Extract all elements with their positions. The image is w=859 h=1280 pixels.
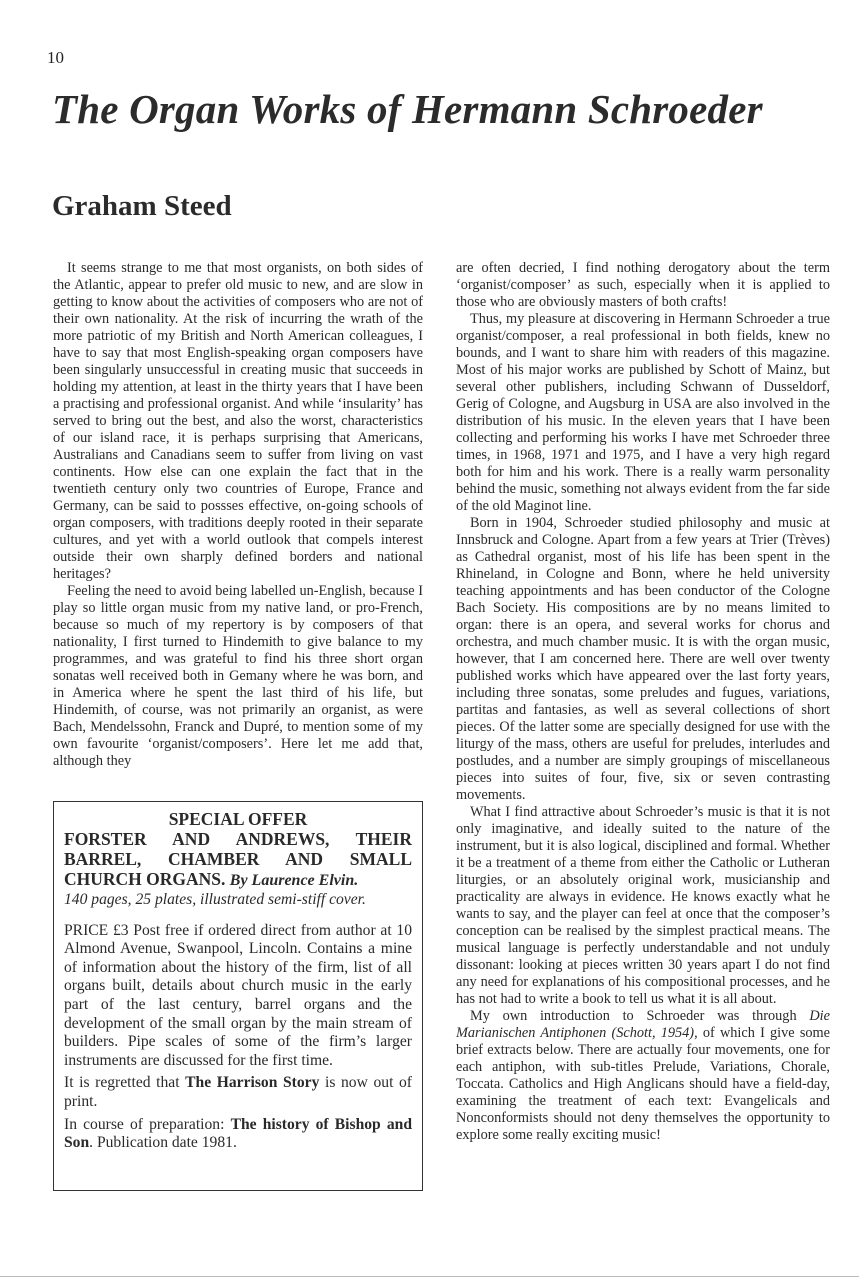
page-bottom-edge [0, 1276, 859, 1277]
note-prefix: It is regretted that [64, 1074, 185, 1091]
paragraph: It seems strange to me that most organis… [53, 260, 423, 583]
offer-heading: SPECIAL OFFER [64, 810, 412, 829]
right-column: are often decried, I find nothing deroga… [456, 260, 830, 1144]
article-author: Graham Steed [52, 190, 232, 223]
note-prefix: In course of preparation: [64, 1116, 231, 1133]
offer-details: 140 pages, 25 plates, illustrated semi-s… [64, 891, 412, 910]
offer-book-title: FORSTER AND ANDREWS, THEIR BARREL, CHAMB… [64, 829, 412, 891]
paragraph: Thus, my pleasure at discovering in Herm… [456, 311, 830, 515]
special-offer-box: SPECIAL OFFER FORSTER AND ANDREWS, THEIR… [53, 801, 423, 1191]
note-suffix: . Publication date 1981. [89, 1134, 237, 1151]
paragraph-last: My own introduction to Schroeder was thr… [456, 1008, 830, 1144]
paragraph: Feeling the need to avoid being labelled… [53, 583, 423, 770]
text: My own introduction to Schroeder was thr… [470, 1008, 809, 1024]
offer-byline: By Laurence Elvin. [230, 872, 358, 889]
page-number: 10 [47, 48, 64, 68]
note-book-title: The Harrison Story [185, 1074, 319, 1091]
offer-body: PRICE £3 Post free if ordered direct fro… [64, 922, 412, 1071]
text: , of which I give some brief extracts be… [456, 1025, 830, 1143]
paragraph: Born in 1904, Schroeder studied philosop… [456, 515, 830, 804]
left-column: It seems strange to me that most organis… [53, 260, 423, 770]
article-title: The Organ Works of Hermann Schroeder [52, 88, 772, 130]
paragraph: What I find attractive about Schroeder’s… [456, 804, 830, 1008]
offer-note-harrison: It is regretted that The Harrison Story … [64, 1074, 412, 1111]
paragraph: are often decried, I find nothing deroga… [456, 260, 830, 311]
offer-note-bishop: In course of preparation: The history of… [64, 1116, 412, 1153]
